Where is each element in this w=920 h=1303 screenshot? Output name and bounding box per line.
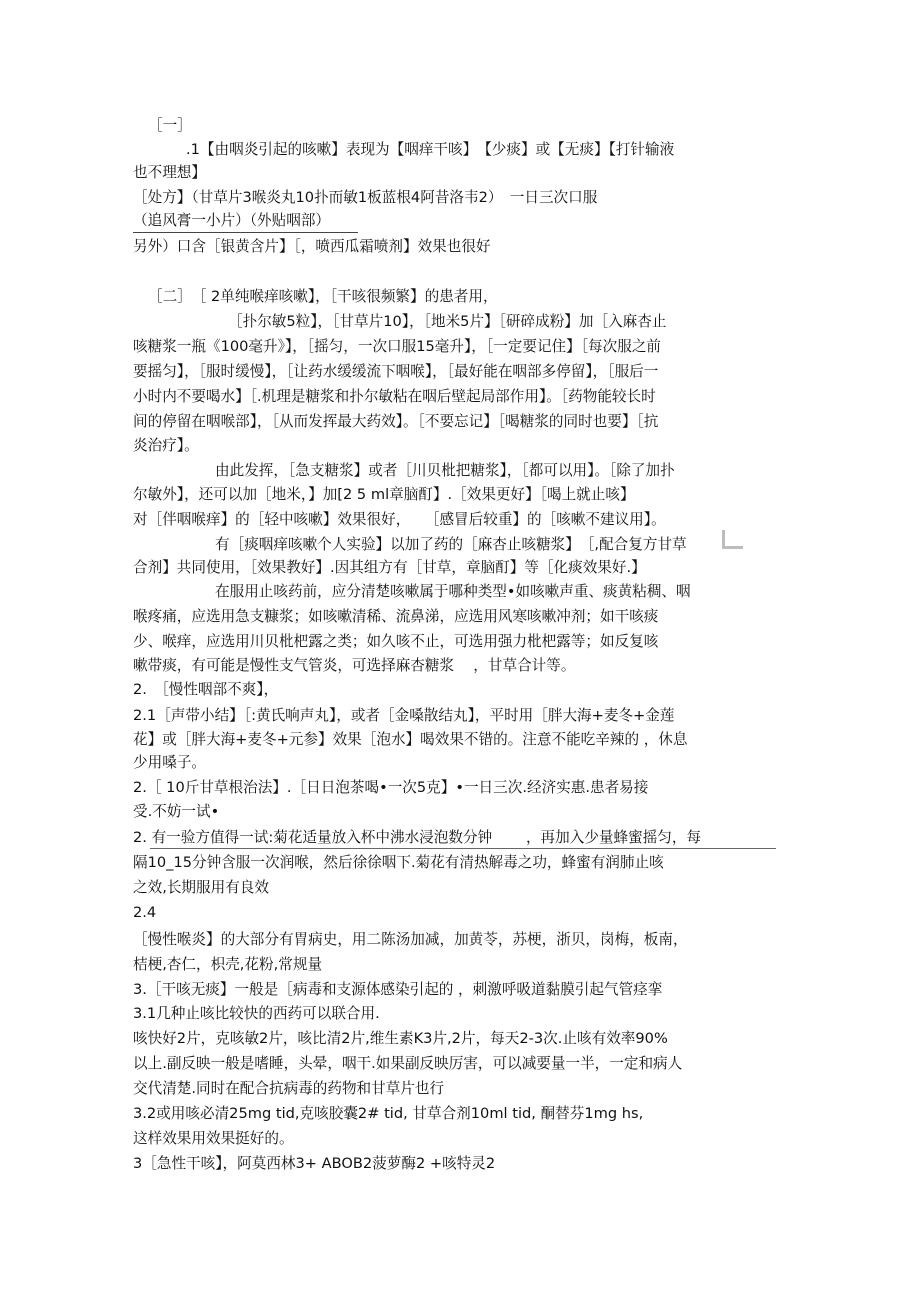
paragraph-line: 少用嗓子。 [133, 753, 206, 773]
paragraph-line: 2.1［声带小结】［:黄氏响声丸】，或者［金嗓散结丸】，平时用［胖大海+麦冬+金… [133, 706, 674, 726]
section-heading-3-dry-cough: 3.［干咳无痰】一般是［病毒和支源体感染引起的 ，刺激呼吸道黏膜引起气管痉挛 [133, 980, 662, 1000]
paragraph-line: 这样效果用效果挺好的。 [133, 1129, 294, 1149]
paragraph-line: 间的停留在咽喉部】，［从而发挥最大药效】。［不要忘记】［喝糖浆的同时也要】［抗 [133, 412, 658, 432]
document-page: ［一］ .1【由咽炎引起的咳嗽】表现为【咽痒干咳】 【少痰】或【无痰】【打针输液… [0, 0, 920, 1303]
paragraph-line: 咳快好2片，克咳敏2片，咳比清2片,维生素K3片,2片，每天2-3次.止咳有效率… [133, 1029, 668, 1049]
paragraph-line: 小时内不要喝水】［.机理是糖浆和扑尔敏粘在咽后壁起局部作用】。［药物能较长时 [133, 387, 656, 407]
section-heading-2: ［二］ ［ 2单纯喉痒咳嗽】，［干咳很频繁】的患者用， [148, 287, 498, 307]
paragraph-line: ［慢性喉炎】的大部分有胃病史，用二陈汤加减，加黄苓，苏梗，浙贝，岗梅，板南， [133, 930, 688, 950]
paragraph-line: 受.不妨一试• [133, 802, 219, 822]
paragraph-line: 咳糖浆一瓶《100毫升》】，［摇匀，一次口服15毫升】，［一定要记住】［每次服之… [133, 337, 661, 357]
underline-rule [133, 232, 358, 233]
paragraph-line: 少、喉痒，应选用川贝枇杷露之类；如久咳不止，可选用强力枇杷露等；如反复咳 [133, 632, 658, 652]
paragraph-line: 合剂】共同使用，［效果教好】.因其组方有［甘草，章脑酊】等［化痰效果好.】 [133, 558, 646, 578]
paragraph-line: 对［伴咽喉痒】的［轻中咳嗽】效果很好， ［感冒后较重】的［咳嗽不建议用】。 [133, 510, 666, 530]
paragraph-line: 由此发挥，［急支糖浆】或者［川贝枇把糖浆】，［都可以用】。［除了加扑 [215, 461, 675, 481]
paragraph-line: 有［痰咽痒咳嗽个人实验】以加了药的［麻杏止咳糖浆】 ［,配合复方甘草 [215, 535, 687, 555]
paragraph-line: 嗽带痰，有可能是慢性支气管炎，可选择麻杏糖浆 ，甘草合计等。 [133, 656, 575, 676]
paragraph-line: 桔梗,杏仁，枳壳,花粉,常规量 [133, 955, 322, 975]
corner-mark-icon [722, 530, 743, 549]
paragraph-line: 2.4 [133, 903, 156, 923]
paragraph-line: 交代清楚.同时在配合抗病毒的药物和甘草片也行 [133, 1079, 444, 1099]
paragraph-line: 3.2或用咳必清25mg tid,克咳胶囊2# tid, 甘草合剂10ml ti… [133, 1104, 643, 1124]
paragraph-line: 另外）口含［银黄含片】［，喷西瓜霜喷剂】效果也很好 [133, 237, 491, 257]
paragraph-line: 在服用止咳药前，应分清楚咳嗽属于哪种类型•如咳嗽声重、痰黄粘稠、咽 [215, 582, 691, 602]
paragraph-line: ［扑尔敏5粒】，［甘草片10】，［地米5片】［研碎成粉】加［入麻杏止 [228, 312, 666, 332]
paragraph-line: 3［急性干咳】，阿莫西林3+ ABOB2菠萝酶2 +咳特灵2 [133, 1154, 495, 1174]
paragraph-line: .1【由咽炎引起的咳嗽】表现为【咽痒干咳】 【少痰】或【无痰】【打针输液 [186, 140, 674, 160]
section-heading-2-chronic-pharynx: 2. ［慢性咽部不爽】， [133, 680, 278, 700]
paragraph-line: 也不理想】 [133, 163, 206, 183]
section-heading-1: ［一］ [148, 116, 192, 136]
paragraph-line-underlined: 2. 有一验方值得一试:菊花适量放入杯中沸水浸泡数分钟 ，再加入少量蜂蜜摇匀，每 [133, 828, 701, 848]
prescription-note-underlined: （追风膏一小片）（外贴咽部） [133, 211, 330, 231]
paragraph-line: 隔10_15分钟含服一次润喉，然后徐徐咽下.菊花有清热解毒之功，蜂蜜有润肺止咳 [133, 853, 664, 873]
paragraph-line: 喉疼痛，应选用急支糠浆；如咳嗽清稀、流鼻涕，应选用风寒咳嗽冲剂；如干咳痰 [133, 607, 658, 627]
paragraph-line: 3.1几种止咳比较快的西药可以联合用. [133, 1004, 380, 1024]
paragraph-line: 要摇匀】，［服时缓慢】，［让药水缓缓流下咽喉】，［最好能在咽部多停留】，［服后一 [133, 362, 658, 382]
paragraph-line: 花】或［胖大海+麦冬+元参】效果［泡水】喝效果不错的。注意不能吃辛辣的 ，休息 [133, 730, 687, 750]
paragraph-line: 2.［ 10斤甘草根治法】.［日日泡茶喝•一次5克】•一日三次.经济实惠.患者易… [133, 778, 648, 798]
paragraph-line: 以上.副反映一般是嗜睡，头晕，咽干.如果副反映厉害，可以减要量一半，一定和病人 [133, 1054, 682, 1074]
paragraph-line: 之效,长期服用有良效 [133, 878, 269, 898]
paragraph-line: 尔敏外】，还可以加［地米，】加[2 5 ml章脑酊】.［效果更好】［喝上就止咳】 [133, 485, 635, 505]
prescription-line: ［处方】（甘草片3喉炎丸10扑而敏1板蓝根4阿昔洛韦2） 一日三次口服 [133, 188, 597, 208]
paragraph-line: 炎治疗】。 [133, 436, 199, 456]
underline-rule [150, 848, 776, 849]
